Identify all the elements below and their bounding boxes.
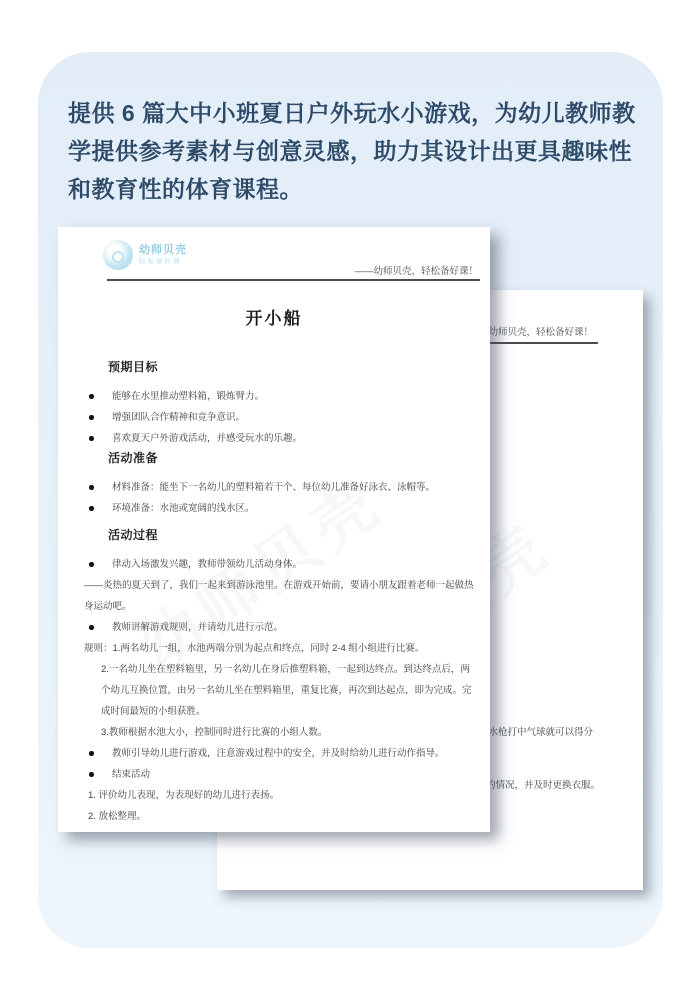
- list-item: 2.一名幼儿坐在塑料箱里，另一名幼儿在身后推塑料箱，一起到达终点。到达终点后，两…: [83, 659, 478, 722]
- back-page-text-fragment: 的情况，并及时更换衣服。: [486, 777, 600, 791]
- logo-text: 幼师贝壳 轻松备好课: [139, 245, 187, 266]
- logo-title: 幼师贝壳: [139, 245, 187, 256]
- content-card: 提供 6 篇大中小班夏日户外玩水小游戏，为幼儿教师教学提供参考素材与创意灵感，助…: [38, 52, 663, 948]
- bullet-icon: [89, 506, 94, 511]
- bullet-icon: [89, 415, 94, 420]
- list-item: 环境准备：水池或宽阔的浅水区。: [83, 498, 478, 519]
- shell-logo-icon: [103, 240, 133, 270]
- list-item: 喜欢夏天户外游戏活动，并感受玩水的乐趣。: [83, 428, 478, 449]
- intro-text: 提供 6 篇大中小班夏日户外玩水小游戏，为幼儿教师教学提供参考素材与创意灵感，助…: [68, 94, 643, 208]
- section-goals: 预期目标 能够在水里推动塑料箱，锻炼臂力。 增强团队合作精神和竞争意识。 喜欢夏…: [83, 360, 478, 449]
- list-item: 教师讲解游戏规则，并请幼儿进行示范。: [83, 617, 478, 638]
- header-tagline: ——幼师贝壳，轻松备好课！: [354, 263, 478, 277]
- list-item: 律动入场激发兴趣，教师带领幼儿活动身体。: [83, 554, 478, 575]
- document-page-front: 幼师贝壳 幼师贝壳 轻松备好课 ——幼师贝壳，轻松备好课！ 开小船 预期目标 能…: [58, 227, 490, 832]
- list-item: 能够在水里推动塑料箱，锻炼臂力。: [83, 386, 478, 407]
- back-page-text-fragment: 用水枪打中气球就可以得分: [479, 724, 593, 738]
- bullet-icon: [89, 772, 94, 777]
- list-item: 材料准备：能坐下一名幼儿的塑料箱若干个、每位幼儿准备好泳衣、泳帽等。: [83, 477, 478, 498]
- list-item: 结束活动: [83, 764, 478, 785]
- bullet-icon: [89, 562, 94, 567]
- section-heading: 预期目标: [108, 360, 478, 374]
- list-item: ——炎热的夏天到了，我们一起来到游泳池里。在游戏开始前，要请小朋友跟着老师一起做…: [83, 575, 478, 617]
- list-item: 2. 放松整理。: [83, 806, 478, 827]
- section-process: 活动过程 律动入场激发兴趣，教师带领幼儿活动身体。 ——炎热的夏天到了，我们一起…: [83, 528, 478, 827]
- brand-logo: 幼师贝壳 轻松备好课: [103, 240, 187, 270]
- header-divider: [107, 279, 480, 281]
- bullet-icon: [89, 485, 94, 490]
- document-title: 开小船: [58, 304, 490, 329]
- list-item: 1. 评价幼儿表现，为表现好的幼儿进行表扬。: [83, 785, 478, 806]
- bullet-icon: [89, 436, 94, 441]
- section-heading: 活动准备: [108, 451, 478, 465]
- section-preparation: 活动准备 材料准备：能坐下一名幼儿的塑料箱若干个、每位幼儿准备好泳衣、泳帽等。 …: [83, 451, 478, 519]
- bullet-icon: [89, 394, 94, 399]
- bullet-icon: [89, 751, 94, 756]
- logo-subtitle: 轻松备好课: [139, 259, 187, 266]
- list-item: 3.教师根据水池大小，控制同时进行比赛的小组人数。: [83, 722, 478, 743]
- list-item: 增强团队合作精神和竞争意识。: [83, 407, 478, 428]
- list-item: 教师引导幼儿进行游戏，注意游戏过程中的安全，并及时给幼儿进行动作指导。: [83, 743, 478, 764]
- bullet-icon: [89, 625, 94, 630]
- list-item: 规则：1.两名幼儿一组，水池两端分别为起点和终点，同时 2-4 组小组进行比赛。: [83, 638, 478, 659]
- section-heading: 活动过程: [108, 528, 478, 542]
